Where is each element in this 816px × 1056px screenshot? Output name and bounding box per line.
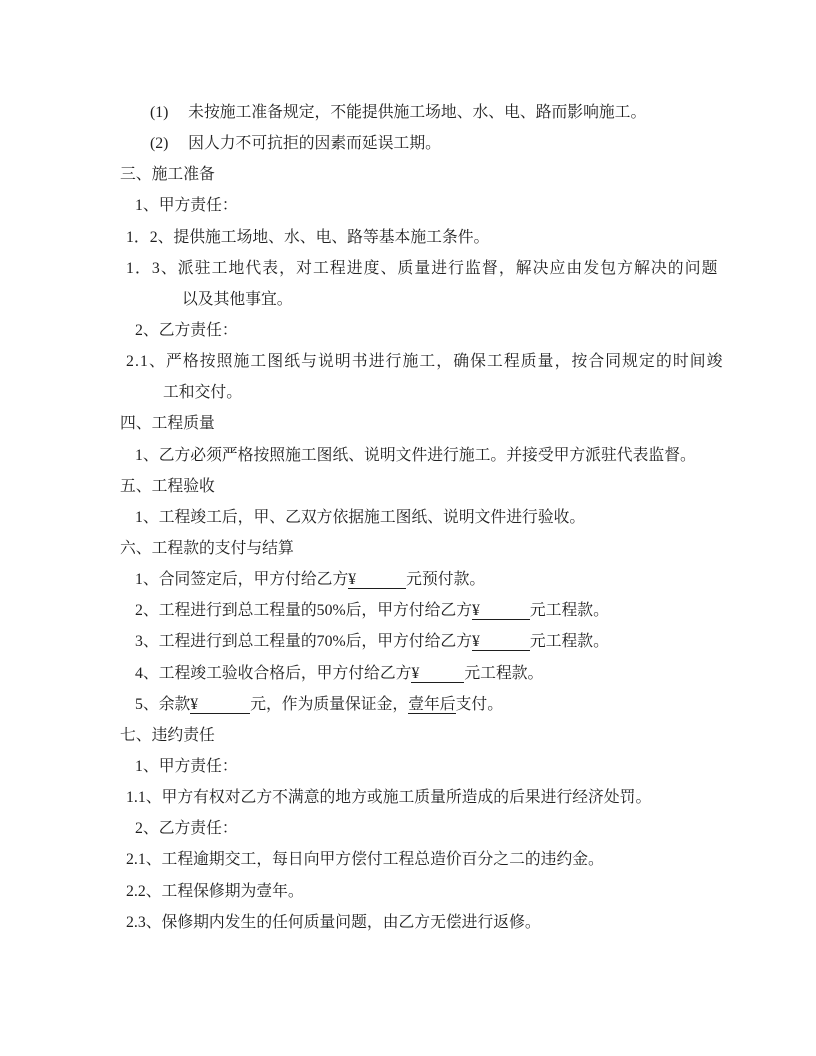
text-segment: 1、工程竣工后，甲、乙双方依据施工图纸、说明文件进行验收。 <box>135 509 585 526</box>
text-segment: 1.1、甲方有权对乙方不满意的地方或施工质量所造成的后果进行经济处罚。 <box>126 789 651 806</box>
text-line: 2.2、工程保修期为壹年。 <box>0 876 816 907</box>
text-line: 2.1、严格按照施工图纸与说明书进行施工，确保工程质量，按合同规定的时间竣 <box>0 346 816 377</box>
fill-in-blank: ¥ <box>190 696 250 714</box>
text-line: 2、乙方责任： <box>0 315 816 346</box>
text-segment: 4、工程竣工验收合格后，甲方付给乙方 <box>135 665 411 682</box>
text-segment: 1、乙方必须严格按照施工图纸、说明文件进行施工。并接受甲方派驻代表监督。 <box>135 447 696 464</box>
text-line: 2、乙方责任： <box>0 813 816 844</box>
text-line: 五、工程验收 <box>0 471 816 502</box>
text-segment: 1．3、派驻工地代表，对工程进度、质量进行监督，解决应由发包方解决的问题 <box>126 260 719 277</box>
text-line: 4、工程竣工验收合格后，甲方付给乙方¥元工程款。 <box>0 658 816 689</box>
text-segment: 3、工程进行到总工程量的70%后，甲方付给乙方 <box>135 633 472 650</box>
fill-in-blank: ¥ <box>472 633 530 651</box>
text-segment: 七、违约责任 <box>120 727 215 744</box>
text-segment: (2) 因人力不可抗拒的因素而延误工期。 <box>150 135 441 152</box>
text-line: (2) 因人力不可抗拒的因素而延误工期。 <box>0 128 816 159</box>
text-segment: 元工程款。 <box>530 633 609 650</box>
text-line: 1、甲方责任： <box>0 751 816 782</box>
text-segment: 元，作为质量保证金， <box>250 696 408 713</box>
text-line: 以及其他事宜。 <box>0 284 816 315</box>
text-line: 5、余款¥元，作为质量保证金，壹年后支付。 <box>0 689 816 720</box>
text-segment: 1．2、提供施工场地、水、电、路等基本施工条件。 <box>126 229 489 246</box>
document-body: (1) 未按施工准备规定，不能提供施工场地、水、电、路而影响施工。(2) 因人力… <box>0 97 816 938</box>
text-segment: 元工程款。 <box>464 665 543 682</box>
text-line: 1、工程竣工后，甲、乙双方依据施工图纸、说明文件进行验收。 <box>0 502 816 533</box>
text-segment: 2、工程进行到总工程量的50%后，甲方付给乙方 <box>135 602 472 619</box>
text-segment: 四、工程质量 <box>120 415 215 432</box>
text-segment: 五、工程验收 <box>120 478 215 495</box>
text-segment: 2.2、工程保修期为壹年。 <box>126 883 304 900</box>
text-line: 2.3、保修期内发生的任何质量问题，由乙方无偿进行返修。 <box>0 907 816 938</box>
text-line: 1．2、提供施工场地、水、电、路等基本施工条件。 <box>0 222 816 253</box>
text-segment: 以及其他事宜。 <box>182 291 293 308</box>
text-line: 1、甲方责任： <box>0 190 816 221</box>
text-segment: 1、合同签定后，甲方付给乙方 <box>135 571 348 588</box>
text-line: 四、工程质量 <box>0 408 816 439</box>
text-line: 1.1、甲方有权对乙方不满意的地方或施工质量所造成的后果进行经济处罚。 <box>0 782 816 813</box>
text-segment: 六、工程款的支付与结算 <box>120 540 294 557</box>
text-segment: 1、甲方责任： <box>135 758 238 775</box>
fill-in-blank: ¥ <box>472 602 530 620</box>
text-line: 1、乙方必须严格按照施工图纸、说明文件进行施工。并接受甲方派驻代表监督。 <box>0 440 816 471</box>
fill-in-blank: ¥ <box>411 665 464 683</box>
text-segment: 2.3、保修期内发生的任何质量问题，由乙方无偿进行返修。 <box>126 914 541 931</box>
text-segment: 5、余款 <box>135 696 190 713</box>
text-line: 1、合同签定后，甲方付给乙方¥元预付款。 <box>0 564 816 595</box>
text-line: 七、违约责任 <box>0 720 816 751</box>
contract-document-page: (1) 未按施工准备规定，不能提供施工场地、水、电、路而影响施工。(2) 因人力… <box>0 0 816 1056</box>
text-segment: 支付。 <box>456 696 503 713</box>
text-segment: 三、施工准备 <box>120 166 215 183</box>
text-line: 1．3、派驻工地代表，对工程进度、质量进行监督，解决应由发包方解决的问题 <box>0 253 816 284</box>
text-line: 六、工程款的支付与结算 <box>0 533 816 564</box>
text-segment: 工和交付。 <box>163 384 242 401</box>
text-line: 工和交付。 <box>0 377 816 408</box>
text-line: 三、施工准备 <box>0 159 816 190</box>
text-segment: 2.1、工程逾期交工，每日向甲方偿付工程总造价百分之二的违约金。 <box>126 851 604 868</box>
text-segment: 元预付款。 <box>406 571 485 588</box>
text-segment: 2.1、严格按照施工图纸与说明书进行施工，确保工程质量，按合同规定的时间竣 <box>126 353 724 370</box>
text-segment: 2、乙方责任： <box>135 820 238 837</box>
text-line: (1) 未按施工准备规定，不能提供施工场地、水、电、路而影响施工。 <box>0 97 816 128</box>
text-segment: (1) 未按施工准备规定，不能提供施工场地、水、电、路而影响施工。 <box>150 104 646 121</box>
text-segment: 2、乙方责任： <box>135 322 238 339</box>
text-line: 2、工程进行到总工程量的50%后，甲方付给乙方¥元工程款。 <box>0 595 816 626</box>
text-line: 3、工程进行到总工程量的70%后，甲方付给乙方¥元工程款。 <box>0 626 816 657</box>
text-segment: 元工程款。 <box>530 602 609 619</box>
text-segment: 1、甲方责任： <box>135 197 238 214</box>
text-line: 2.1、工程逾期交工，每日向甲方偿付工程总造价百分之二的违约金。 <box>0 844 816 875</box>
fill-in-blank: ¥ <box>348 571 406 589</box>
underlined-text: 壹年后 <box>408 696 455 714</box>
